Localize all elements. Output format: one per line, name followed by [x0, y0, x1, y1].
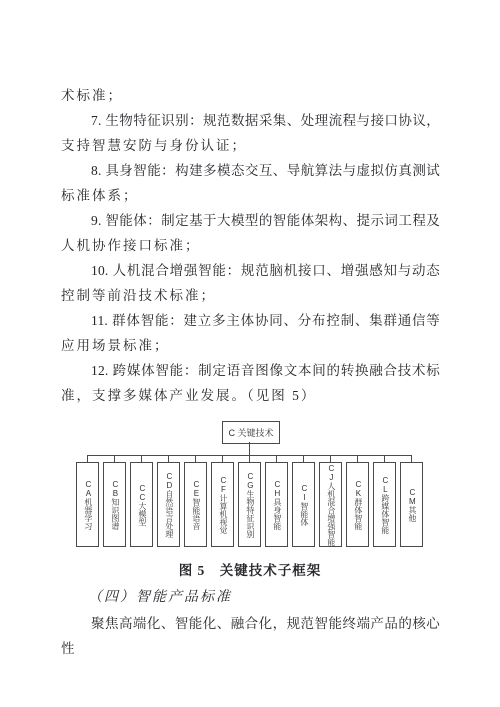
- figure-child-label: CI智能体: [299, 484, 308, 526]
- figure-child-node: CA机器学习: [76, 462, 99, 547]
- figure-child-label: CM其他: [407, 488, 416, 522]
- section-heading: （四）智能产品标准: [88, 586, 232, 606]
- figure-connector-drop: [141, 455, 142, 463]
- body-text-line: 应用场景标准；: [61, 333, 440, 358]
- figure-caption: 图 5 关键技术子框架: [60, 559, 440, 579]
- figure-child-node: CF计算机视觉: [211, 462, 234, 547]
- figure-connector-drop: [114, 455, 115, 463]
- figure-connector-stem: [249, 442, 250, 455]
- body-text-line: 7. 生物特征识别：规范数据采集、处理流程与接口协议，: [61, 108, 440, 133]
- figure-child-label: CJ人机混合增强智能: [326, 464, 335, 546]
- figure-child-label: CA机器学习: [83, 480, 92, 530]
- figure-connector-drop: [222, 455, 223, 463]
- body-text-line: 控制等前沿技术标准；: [61, 283, 440, 308]
- body-text-line: 准，支撑多媒体产业发展。（见图 5）: [61, 383, 440, 408]
- figure-child-label: CL跨媒体智能: [380, 476, 389, 534]
- figure-child-node: CM其他: [400, 462, 423, 547]
- figure-connector-drop: [303, 455, 304, 463]
- figure-connector-drop: [357, 455, 358, 463]
- figure-connector-drop: [87, 455, 88, 463]
- body-text-line: 9. 智能体：制定基于大模型的智能体架构、提示词工程及: [61, 208, 440, 233]
- figure-child-node: CI智能体: [292, 462, 315, 547]
- body-text-line: 支持智慧安防与身份认证；: [61, 133, 440, 158]
- figure-child-label: CE智能语音: [191, 480, 200, 530]
- body-text-line: 12. 跨媒体智能：制定语音图像文本间的转换融合技术标: [61, 358, 440, 383]
- figure-child-node: CJ人机混合增强智能: [319, 462, 342, 547]
- figure-child-node: CL跨媒体智能: [373, 462, 396, 547]
- figure-child-node: CK群体智能: [346, 462, 369, 547]
- document-page: 术标准；7. 生物特征识别：规范数据采集、处理流程与接口协议，支持智慧安防与身份…: [0, 0, 500, 707]
- figure-child-label: CK群体智能: [353, 480, 362, 530]
- figure-root-label: C 关键技术: [228, 426, 273, 439]
- figure-child-node: CE智能语音: [184, 462, 207, 547]
- body-text-line: 人机协作接口标准；: [61, 233, 440, 258]
- figure-child-label: CD自然语言处理: [164, 472, 173, 538]
- figure-child-node: CG生物特征识别: [238, 462, 261, 547]
- body-text-line: 标准体系；: [61, 183, 440, 208]
- figure-child-node: CB知识图谱: [103, 462, 126, 547]
- figure-child-node: CC大模型: [130, 462, 153, 547]
- figure-root-node: C 关键技术: [222, 421, 280, 444]
- figure-connector-drop: [411, 455, 412, 463]
- body-text-line: 11. 群体智能：建立多主体协同、分布控制、集群通信等: [61, 308, 440, 333]
- body-text-line: 8. 具身智能：构建多模态交互、导航算法与虚拟仿真测试: [61, 158, 440, 183]
- figure-child-label: CB知识图谱: [110, 480, 119, 530]
- figure-child-label: CG生物特征识别: [245, 472, 254, 538]
- figure-child-label: CH具身智能: [272, 480, 281, 530]
- figure-child-node: CH具身智能: [265, 462, 288, 547]
- figure-connector-drop: [195, 455, 196, 463]
- figure-child-node: CD自然语言处理: [157, 462, 180, 547]
- figure-child-label: CF计算机视觉: [218, 476, 227, 534]
- figure-child-label: CC大模型: [137, 484, 146, 526]
- figure-connector-drop: [276, 455, 277, 463]
- figure-connector-drop: [249, 455, 250, 463]
- body-text-line: 术标准；: [61, 83, 440, 108]
- figure-connector-drop: [168, 455, 169, 463]
- body-text-line: 10. 人机混合增强智能：规范脑机接口、增强感知与动态: [61, 258, 440, 283]
- body-text-block: 术标准；7. 生物特征识别：规范数据采集、处理流程与接口协议，支持智慧安防与身份…: [61, 83, 440, 408]
- figure-connector-drop: [330, 455, 331, 463]
- figure-connector-drop: [384, 455, 385, 463]
- paragraph-line: 聚焦高端化、智能化、融合化，规范智能终端产品的核心性: [61, 611, 440, 661]
- figure-connector-bus: [87, 455, 412, 456]
